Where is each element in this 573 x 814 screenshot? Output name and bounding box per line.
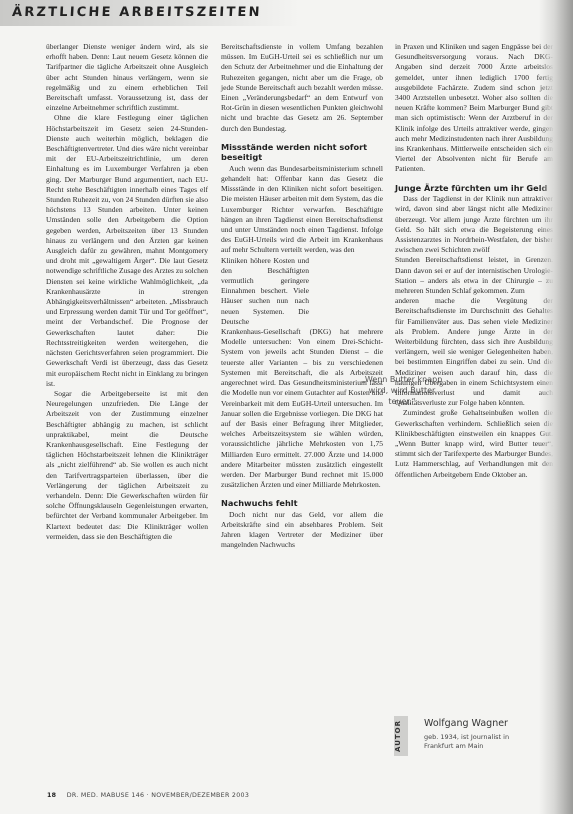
paragraph: Dass der Tagdienst in der Klinik nun att… — [395, 194, 553, 255]
page-number: 18 — [47, 792, 56, 799]
author-box: AUTOR Wolfgang Wagner geb. 1934, ist Jou… — [394, 716, 534, 764]
paragraph-narrow: Kliniken höhere Kosten und den Beschäfti… — [221, 256, 309, 327]
author-tag: AUTOR — [394, 716, 408, 756]
subheading: Junge Ärzte fürchten um ihr Geld — [395, 183, 553, 194]
article-column-2: Bereitschaftsdienste in vollem Umfang be… — [221, 42, 383, 551]
paragraph: in Praxen und Kliniken und sagen Engpäss… — [395, 42, 553, 175]
subheading: Missstände werden nicht sofort beseitigt — [221, 142, 383, 163]
subheading: Nachwuchs fehlt — [221, 498, 383, 509]
paragraph: Ohne die klare Festlegung einer tägliche… — [46, 113, 208, 388]
article-column-1: überlanger Dienste weniger ändern wird, … — [46, 42, 208, 542]
article-column-3: in Praxen und Kliniken und sagen Engpäss… — [395, 42, 553, 480]
page-footer: 18 DR. MED. MABUSE 146 · NOVEMBER/DEZEMB… — [47, 792, 249, 799]
page-gutter-shadow — [539, 0, 573, 814]
author-bio: geb. 1934, ist Journalist in Frankfurt a… — [424, 733, 509, 750]
paragraph: Krankenhaus-Gesellschaft (DKG) hat mehre… — [221, 327, 383, 490]
paragraph: Bereitschaftsdienste in vollem Umfang be… — [221, 42, 383, 134]
paragraph: Auch wenn das Bundesarbeitsministerium s… — [221, 164, 383, 256]
paragraph: anderen mache die Vergütung der Bereitsc… — [395, 296, 553, 408]
paragraph: Zumindest große Gehaltseinbußen wollen d… — [395, 408, 553, 479]
paragraph: Doch nicht nur das Geld, vor allem die A… — [221, 510, 383, 551]
paragraph: überlanger Dienste weniger ändern wird, … — [46, 42, 208, 113]
author-name: Wolfgang Wagner — [424, 718, 508, 729]
paragraph-narrow: Stunden Bereitschaftsdienst leistet, in … — [395, 255, 553, 296]
running-head: ÄRZTLICHE ARBEITSZEITEN — [12, 5, 262, 20]
publication-info: DR. MED. MABUSE 146 · NOVEMBER/DEZEMBER … — [67, 792, 249, 799]
paragraph: Sogar die Arbeitgeberseite ist mit den N… — [46, 389, 208, 542]
